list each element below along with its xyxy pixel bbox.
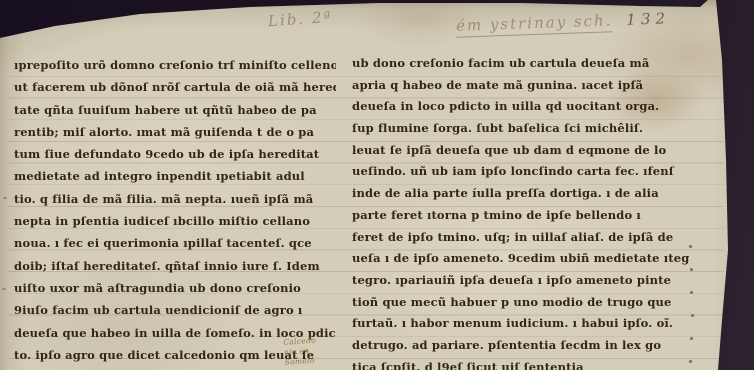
top-inscription-center: Lib. 2ª bbox=[267, 8, 333, 30]
line-text: rentib; miſ alorto. ımat mã guiſenda t d… bbox=[14, 125, 314, 139]
top-inscription-right: ém ystrinay sch.132 bbox=[456, 9, 671, 34]
line-text: ueſa ı de ipſo ameneto. 9cedim ubiñ medi… bbox=[352, 251, 689, 265]
line-text: nepta in pſentia iudiceſ ıbcillo miſtio … bbox=[14, 214, 310, 228]
line-text: ſup flumine ſorga. ſubt baſelica ſci mic… bbox=[352, 121, 643, 135]
folio-number: 132 bbox=[626, 9, 670, 29]
line-text: ub dono creſonio facim ub cartula deueſa… bbox=[352, 56, 649, 70]
margin-note: Calcedo nio en Somelo bbox=[283, 334, 337, 368]
line-text: tegro. ıpariauiñ ipſa deueſa ı ipſo amen… bbox=[352, 273, 671, 287]
line-text: deueſa in loco pdicto in uilla qd uocita… bbox=[352, 99, 659, 113]
line-text: ıprepoſito urõ domno creſonio trſ miniſt… bbox=[14, 58, 336, 72]
line-text: tio. q filia de mã filia. mã nepta. ıueñ… bbox=[14, 192, 313, 206]
line-text: noua. ı fec ei querimonia ıpillaſ tacent… bbox=[14, 236, 312, 250]
line-text: tate qñta ſuuiſum habere ut qñtũ habeo d… bbox=[14, 103, 317, 117]
line-text: ueſindo. uñ ub iam ipſo loncſindo carta … bbox=[352, 164, 674, 178]
line-text: to. ipſo agro que dicet calcedonio qm le… bbox=[14, 348, 314, 362]
line-text: medietate ad integro inpendit ıpetiabit … bbox=[14, 169, 305, 183]
line-text: tum ſiue defundato 9cedo ub de ipſa here… bbox=[14, 147, 319, 161]
line-text: inde de alia parte íulla preſſa dortiga.… bbox=[352, 186, 659, 200]
line-text: detrugo. ad pariare. pſententia ſecdm in… bbox=[352, 338, 661, 352]
text-column-left: ıprepoſito urõ domno creſonio trſ miniſt… bbox=[14, 58, 336, 370]
line-text: ut facerem ub dõnoſ nrõſ cartula de oiã … bbox=[14, 80, 336, 94]
line-text: furtaũ. ı habor menum iudicium. ı habui … bbox=[352, 316, 673, 330]
manuscript-photo: Lib. 2ª ém ystrinay sch.132 ıprepoſito u… bbox=[0, 0, 754, 370]
edge-mark bbox=[3, 197, 7, 199]
line-text: tioñ que mecũ habuer p uno modio de trug… bbox=[352, 295, 672, 309]
line-text: parte feret ıtorna p tmino de ipſe belle… bbox=[352, 208, 641, 222]
line-text: doib; iſtaſ hereditateſ. qñtaſ innio iur… bbox=[14, 259, 320, 273]
line-text: leuat ſe ipſã deueſa que ub dam d eqmone… bbox=[352, 143, 666, 157]
edge-mark bbox=[2, 288, 6, 290]
line-text: tica ſcpſit. d l9eſ ſicut uiſ ſententia bbox=[352, 360, 584, 370]
line-text: 9iuſo facim ub cartula uendicioniſ de ag… bbox=[14, 303, 302, 317]
parchment: Lib. 2ª ém ystrinay sch.132 ıprepoſito u… bbox=[0, 0, 754, 370]
line-text: uiſto uxor mã aſtragundia ub dono creſon… bbox=[14, 281, 301, 295]
text-column-right: ub dono creſonio facim ub cartula deueſa… bbox=[352, 56, 702, 370]
line-text: apria q habeo de mate mã gunina. ıacet i… bbox=[352, 78, 643, 92]
top-inscription-right-text: ém ystrinay sch. bbox=[456, 11, 613, 37]
line-text: feret de ipſo tmino. uſq; in uillaſ alia… bbox=[352, 230, 673, 244]
